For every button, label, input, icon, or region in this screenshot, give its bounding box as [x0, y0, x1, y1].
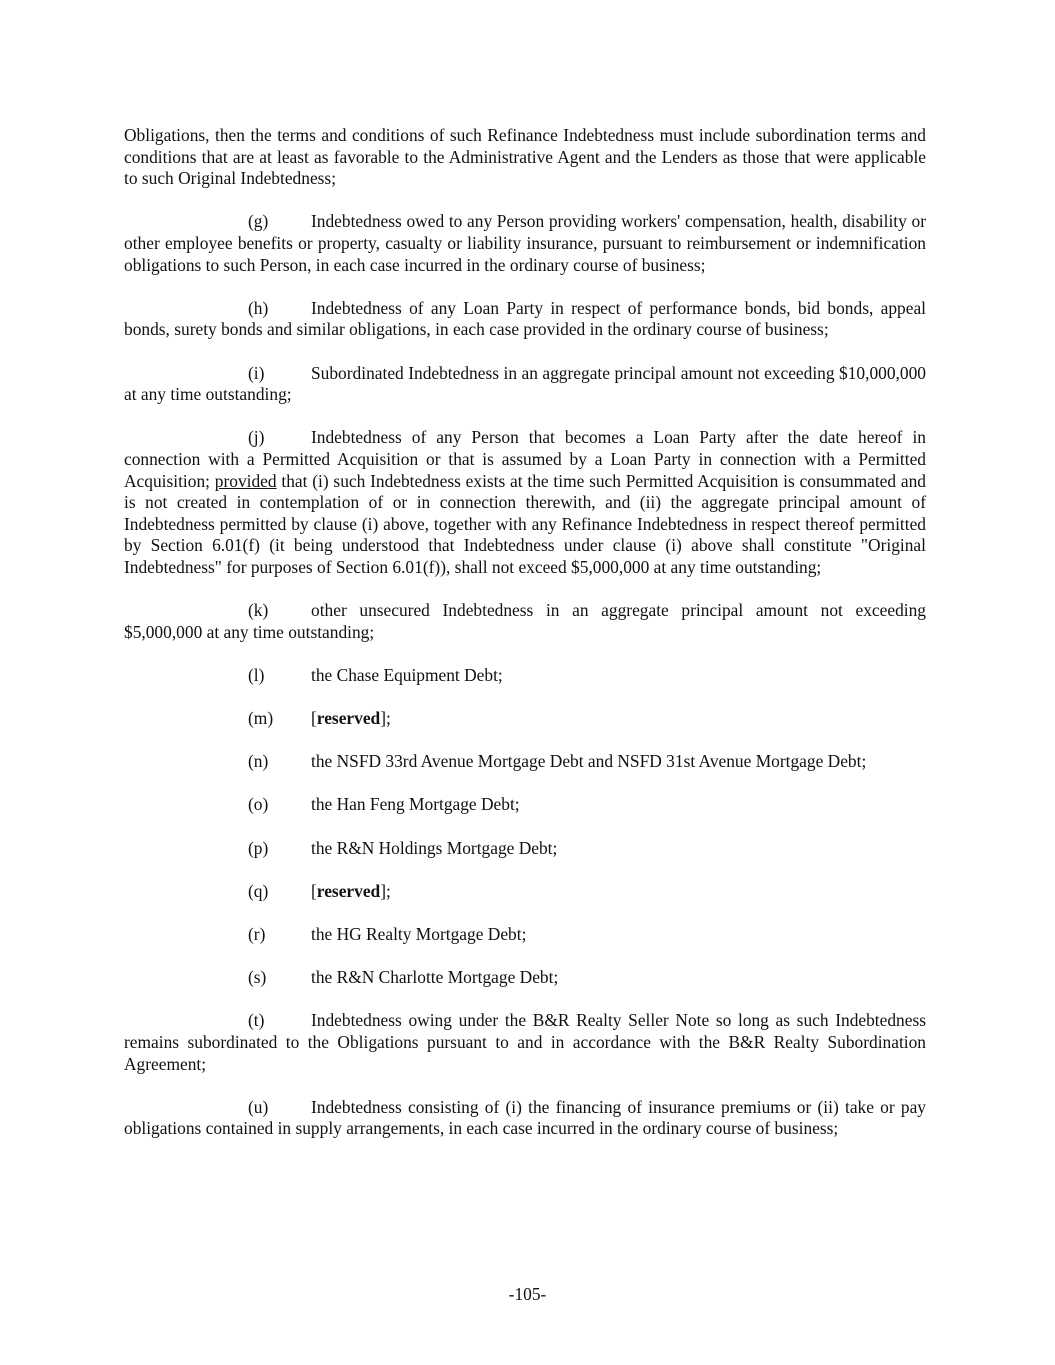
clause-label: (q): [248, 881, 311, 903]
clause-q: (q)[reserved];: [248, 881, 926, 903]
clause-h: (h)Indebtedness of any Loan Party in res…: [124, 298, 926, 341]
clause-label: (m): [248, 708, 311, 730]
clause-label: (t): [248, 1010, 311, 1032]
clause-label: (n): [248, 751, 311, 773]
clause-text: Indebtedness of any Loan Party in respec…: [124, 298, 926, 340]
clause-text: Indebtedness owed to any Person providin…: [124, 211, 926, 274]
page-number: -105-: [0, 1284, 1055, 1305]
provided-underlined: provided: [215, 471, 277, 491]
clause-text: the R&N Charlotte Mortgage Debt;: [311, 967, 558, 989]
clause-text: the Han Feng Mortgage Debt;: [311, 794, 520, 816]
clause-t: (t)Indebtedness owing under the B&R Real…: [124, 1010, 926, 1075]
continuation-paragraph: Obligations, then the terms and conditio…: [124, 125, 926, 190]
clause-text: Indebtedness consisting of (i) the finan…: [124, 1097, 926, 1139]
clause-i: (i)Subordinated Indebtedness in an aggre…: [124, 363, 926, 406]
clause-text: the HG Realty Mortgage Debt;: [311, 924, 526, 946]
clause-s: (s)the R&N Charlotte Mortgage Debt;: [248, 967, 926, 989]
clause-label: (h): [248, 298, 311, 320]
clause-text: the NSFD 33rd Avenue Mortgage Debt and N…: [311, 751, 866, 773]
clause-l: (l)the Chase Equipment Debt;: [248, 665, 926, 687]
clause-text: [reserved];: [311, 708, 391, 730]
clause-k: (k)other unsecured Indebtedness in an ag…: [124, 600, 926, 643]
clause-label: (i): [248, 363, 311, 385]
clause-label: (p): [248, 838, 311, 860]
clause-g: (g)Indebtedness owed to any Person provi…: [124, 211, 926, 276]
clause-text: the R&N Holdings Mortgage Debt;: [311, 838, 557, 860]
clause-p: (p)the R&N Holdings Mortgage Debt;: [248, 838, 926, 860]
clause-label: (g): [248, 211, 311, 233]
document-page: Obligations, then the terms and conditio…: [124, 125, 926, 1162]
clause-n: (n)the NSFD 33rd Avenue Mortgage Debt an…: [248, 751, 926, 773]
clause-m: (m)[reserved];: [248, 708, 926, 730]
clause-label: (s): [248, 967, 311, 989]
clause-label: (u): [248, 1097, 311, 1119]
clause-label: (k): [248, 600, 311, 622]
clause-label: (r): [248, 924, 311, 946]
clause-text: Indebtedness owing under the B&R Realty …: [124, 1010, 926, 1073]
clause-label: (j): [248, 427, 311, 449]
clause-u: (u)Indebtedness consisting of (i) the fi…: [124, 1097, 926, 1140]
clause-text: Subordinated Indebtedness in an aggregat…: [124, 363, 926, 405]
clause-text: [reserved];: [311, 881, 391, 903]
clause-r: (r)the HG Realty Mortgage Debt;: [248, 924, 926, 946]
clause-j: (j)Indebtedness of any Person that becom…: [124, 427, 926, 578]
clause-label: (l): [248, 665, 311, 687]
clause-label: (o): [248, 794, 311, 816]
clause-text: the Chase Equipment Debt;: [311, 665, 503, 687]
clause-text: other unsecured Indebtedness in an aggre…: [124, 600, 926, 642]
clause-o: (o)the Han Feng Mortgage Debt;: [248, 794, 926, 816]
